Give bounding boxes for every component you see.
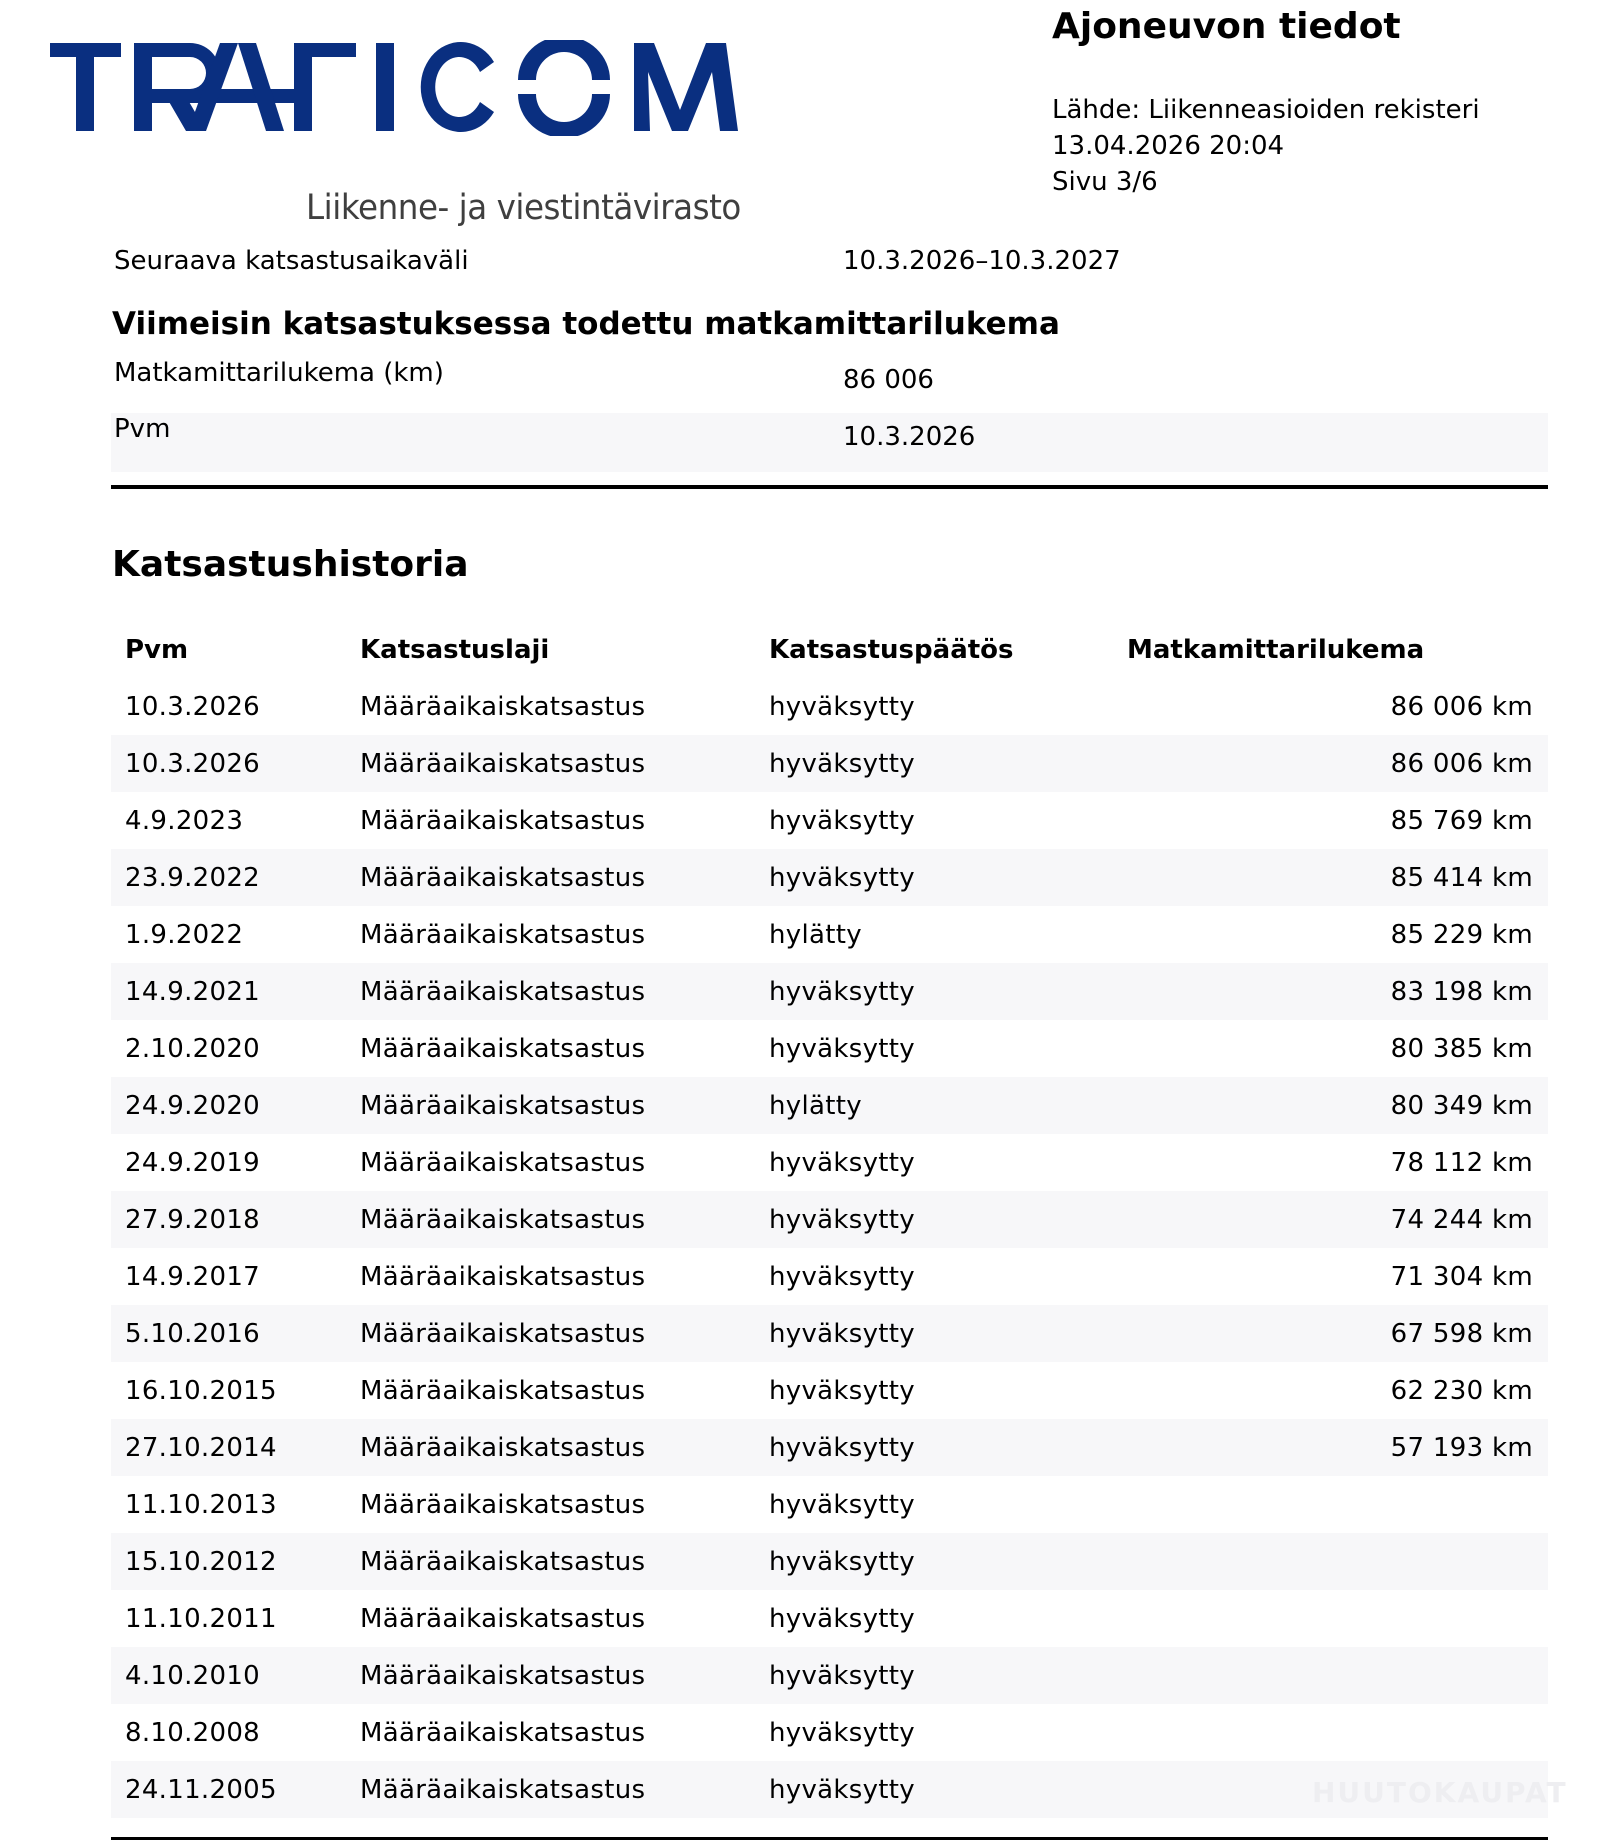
cell-inspection-result: hyväksytty: [769, 1704, 1127, 1761]
table-row: 24.9.2019Määräaikaiskatsastushyväksytty7…: [111, 1134, 1548, 1191]
cell-inspection-type: Määräaikaiskatsastus: [360, 1248, 769, 1305]
table-row: 16.10.2015Määräaikaiskatsastushyväksytty…: [111, 1362, 1548, 1419]
cell-inspection-type: Määräaikaiskatsastus: [360, 1476, 769, 1533]
table-row: 24.9.2020Määräaikaiskatsastushylätty80 3…: [111, 1077, 1548, 1134]
cell-inspection-result: hyväksytty: [769, 1248, 1127, 1305]
cell-date: 24.9.2020: [111, 1077, 360, 1134]
cell-inspection-result: hyväksytty: [769, 849, 1127, 906]
cell-inspection-result: hyväksytty: [769, 1761, 1127, 1818]
next-inspection-row: Seuraava katsastusaikaväli 10.3.2026–10.…: [111, 244, 1548, 288]
cell-date: 10.3.2026: [111, 678, 360, 735]
cell-inspection-type: Määräaikaiskatsastus: [360, 1362, 769, 1419]
cell-inspection-type: Määräaikaiskatsastus: [360, 1020, 769, 1077]
cell-inspection-result: hylätty: [769, 1077, 1127, 1134]
odometer-date-value: 10.3.2026: [843, 422, 975, 452]
odometer-row: Matkamittarilukema (km) 86 006: [111, 356, 1548, 413]
cell-inspection-result: hyväksytty: [769, 1476, 1127, 1533]
odometer-date-label: Pvm: [114, 414, 170, 444]
cell-inspection-result: hyväksytty: [769, 1134, 1127, 1191]
timestamp: 13.04.2026 20:04: [1052, 128, 1480, 164]
table-row: 4.10.2010Määräaikaiskatsastushyväksytty: [111, 1647, 1548, 1704]
document-header: Ajoneuvon tiedot Lähde: Liikenneasioiden…: [1052, 0, 1480, 200]
source-text: Lähde: Liikenneasioiden rekisteri: [1052, 92, 1480, 128]
cell-date: 5.10.2016: [111, 1305, 360, 1362]
cell-date: 27.9.2018: [111, 1191, 360, 1248]
cell-date: 16.10.2015: [111, 1362, 360, 1419]
history-section-title: Katsastushistoria: [112, 544, 469, 585]
cell-inspection-type: Määräaikaiskatsastus: [360, 1134, 769, 1191]
table-row: 23.9.2022Määräaikaiskatsastushyväksytty8…: [111, 849, 1548, 906]
cell-inspection-result: hyväksytty: [769, 1362, 1127, 1419]
cell-date: 10.3.2026: [111, 735, 360, 792]
cell-odometer: 80 385 km: [1127, 1020, 1548, 1077]
cell-date: 24.9.2019: [111, 1134, 360, 1191]
cell-inspection-type: Määräaikaiskatsastus: [360, 906, 769, 963]
cell-date: 4.10.2010: [111, 1647, 360, 1704]
cell-inspection-type: Määräaikaiskatsastus: [360, 1305, 769, 1362]
table-row: 14.9.2017Määräaikaiskatsastushyväksytty7…: [111, 1248, 1548, 1305]
document-title: Ajoneuvon tiedot: [1052, 0, 1480, 54]
table-row: 2.10.2020Määräaikaiskatsastushyväksytty8…: [111, 1020, 1548, 1077]
cell-odometer: [1127, 1533, 1548, 1590]
cell-date: 14.9.2017: [111, 1248, 360, 1305]
cell-date: 11.10.2013: [111, 1476, 360, 1533]
inspection-history-table: Pvm Katsastuslaji Katsastuspäätös Matkam…: [111, 621, 1548, 1818]
traficom-logo: Liikenne- ja viestintävirasto: [48, 40, 742, 190]
table-row: 11.10.2013Määräaikaiskatsastushyväksytty: [111, 1476, 1548, 1533]
cell-inspection-type: Määräaikaiskatsastus: [360, 963, 769, 1020]
document-meta: Lähde: Liikenneasioiden rekisteri 13.04.…: [1052, 92, 1480, 200]
table-row: 10.3.2026Määräaikaiskatsastushyväksytty8…: [111, 735, 1548, 792]
cell-inspection-result: hyväksytty: [769, 1191, 1127, 1248]
cell-date: 14.9.2021: [111, 963, 360, 1020]
cell-inspection-type: Määräaikaiskatsastus: [360, 1647, 769, 1704]
table-row: 27.10.2014Määräaikaiskatsastushyväksytty…: [111, 1419, 1548, 1476]
cell-inspection-result: hyväksytty: [769, 1590, 1127, 1647]
cell-inspection-result: hyväksytty: [769, 963, 1127, 1020]
cell-odometer: 80 349 km: [1127, 1077, 1548, 1134]
cell-date: 4.9.2023: [111, 792, 360, 849]
cell-inspection-type: Määräaikaiskatsastus: [360, 1419, 769, 1476]
cell-odometer: 67 598 km: [1127, 1305, 1548, 1362]
column-header-odometer: Matkamittarilukema: [1127, 621, 1548, 678]
cell-date: 8.10.2008: [111, 1704, 360, 1761]
column-header-result: Katsastuspäätös: [769, 621, 1127, 678]
cell-inspection-result: hylätty: [769, 906, 1127, 963]
cell-date: 2.10.2020: [111, 1020, 360, 1077]
cell-inspection-result: hyväksytty: [769, 735, 1127, 792]
cell-date: 15.10.2012: [111, 1533, 360, 1590]
odometer-label: Matkamittarilukema (km): [114, 358, 444, 388]
table-row: 15.10.2012Määräaikaiskatsastushyväksytty: [111, 1533, 1548, 1590]
cell-odometer: 71 304 km: [1127, 1248, 1548, 1305]
cell-inspection-type: Määräaikaiskatsastus: [360, 1590, 769, 1647]
cell-inspection-type: Määräaikaiskatsastus: [360, 1533, 769, 1590]
cell-inspection-result: hyväksytty: [769, 1020, 1127, 1077]
cell-date: 11.10.2011: [111, 1590, 360, 1647]
watermark: HUUTOKAUPAT: [1312, 1776, 1568, 1809]
cell-odometer: 86 006 km: [1127, 678, 1548, 735]
cell-inspection-result: hyväksytty: [769, 678, 1127, 735]
column-header-date: Pvm: [111, 621, 360, 678]
table-row: 1.9.2022Määräaikaiskatsastushylätty85 22…: [111, 906, 1548, 963]
cell-date: 23.9.2022: [111, 849, 360, 906]
table-row: 27.9.2018Määräaikaiskatsastushyväksytty7…: [111, 1191, 1548, 1248]
cell-inspection-result: hyväksytty: [769, 1419, 1127, 1476]
cell-inspection-type: Määräaikaiskatsastus: [360, 735, 769, 792]
column-header-type: Katsastuslaji: [360, 621, 769, 678]
cell-odometer: [1127, 1590, 1548, 1647]
cell-odometer: [1127, 1704, 1548, 1761]
cell-date: 1.9.2022: [111, 906, 360, 963]
next-inspection-value: 10.3.2026–10.3.2027: [843, 246, 1121, 276]
table-row: 8.10.2008Määräaikaiskatsastushyväksytty: [111, 1704, 1548, 1761]
cell-date: 27.10.2014: [111, 1419, 360, 1476]
table-header-row: Pvm Katsastuslaji Katsastuspäätös Matkam…: [111, 621, 1548, 678]
cell-inspection-type: Määräaikaiskatsastus: [360, 849, 769, 906]
cell-inspection-result: hyväksytty: [769, 1305, 1127, 1362]
cell-inspection-type: Määräaikaiskatsastus: [360, 1704, 769, 1761]
cell-odometer: [1127, 1647, 1548, 1704]
cell-inspection-result: hyväksytty: [769, 1533, 1127, 1590]
table-row: 11.10.2011Määräaikaiskatsastushyväksytty: [111, 1590, 1548, 1647]
cell-date: 24.11.2005: [111, 1761, 360, 1818]
table-row: 14.9.2021Määräaikaiskatsastushyväksytty8…: [111, 963, 1548, 1020]
cell-inspection-type: Määräaikaiskatsastus: [360, 1077, 769, 1134]
table-row: 10.3.2026Määräaikaiskatsastushyväksytty8…: [111, 678, 1548, 735]
cell-odometer: 57 193 km: [1127, 1419, 1548, 1476]
section-divider: [111, 485, 1548, 489]
cell-inspection-result: hyväksytty: [769, 792, 1127, 849]
table-row: 4.9.2023Määräaikaiskatsastushyväksytty85…: [111, 792, 1548, 849]
next-inspection-label: Seuraava katsastusaikaväli: [114, 246, 469, 276]
cell-odometer: 85 229 km: [1127, 906, 1548, 963]
cell-odometer: 83 198 km: [1127, 963, 1548, 1020]
cell-odometer: 86 006 km: [1127, 735, 1548, 792]
odometer-section-title: Viimeisin katsastuksessa todettu matkami…: [112, 306, 1060, 342]
page-number: Sivu 3/6: [1052, 164, 1480, 200]
cell-inspection-type: Määräaikaiskatsastus: [360, 792, 769, 849]
cell-odometer: [1127, 1476, 1548, 1533]
table-row: 5.10.2016Määräaikaiskatsastushyväksytty6…: [111, 1305, 1548, 1362]
cell-odometer: 74 244 km: [1127, 1191, 1548, 1248]
cell-inspection-type: Määräaikaiskatsastus: [360, 1761, 769, 1818]
odometer-date-row: Pvm 10.3.2026: [111, 413, 1548, 472]
cell-odometer: 62 230 km: [1127, 1362, 1548, 1419]
cell-inspection-type: Määräaikaiskatsastus: [360, 1191, 769, 1248]
cell-odometer: 85 769 km: [1127, 792, 1548, 849]
cell-inspection-type: Määräaikaiskatsastus: [360, 678, 769, 735]
cell-odometer: 78 112 km: [1127, 1134, 1548, 1191]
odometer-value: 86 006: [843, 365, 934, 395]
logo-subtitle: Liikenne- ja viestintävirasto: [306, 188, 741, 228]
traficom-wordmark-icon: [48, 40, 742, 136]
cell-inspection-result: hyväksytty: [769, 1647, 1127, 1704]
cell-odometer: 85 414 km: [1127, 849, 1548, 906]
